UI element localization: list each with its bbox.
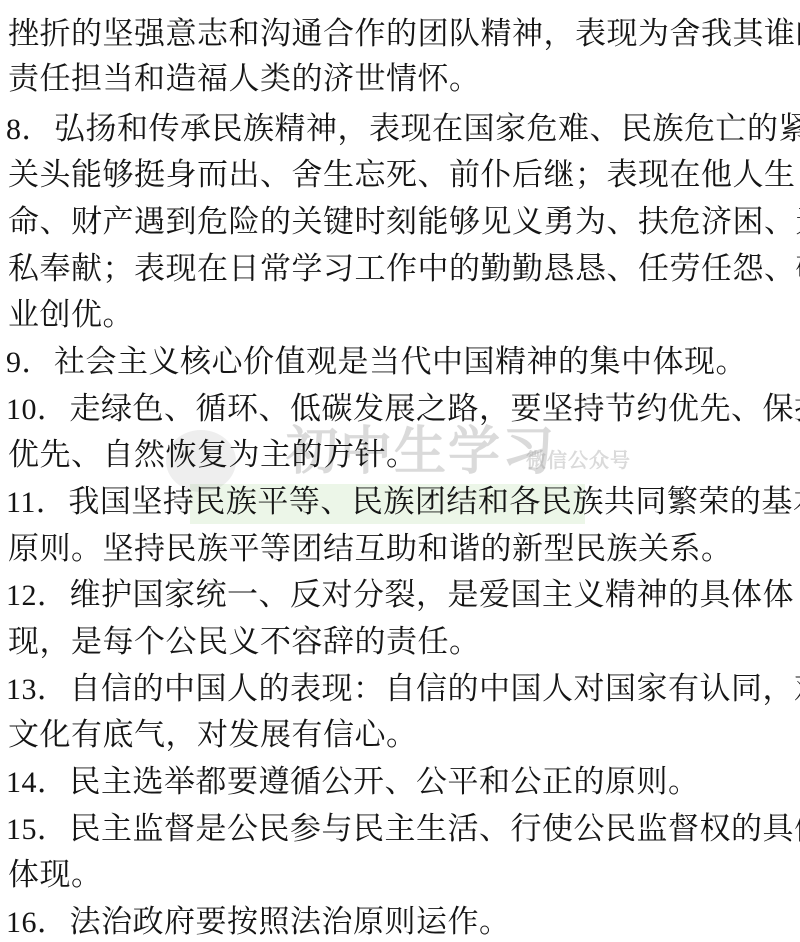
- item-number: 11．: [6, 486, 66, 519]
- line-text: 业创优。: [8, 297, 134, 333]
- item-number: 15．: [6, 813, 68, 846]
- item-number: 9．: [6, 346, 52, 379]
- line-text: 民主监督是公民参与民主生活、行使公民监督权的具体: [70, 811, 800, 847]
- text-line: 命、财产遇到危险的关键时刻能够见义勇为、扶危济困、无: [6, 200, 800, 244]
- text-line: 挫折的坚强意志和沟通合作的团队精神，表现为舍我其谁的: [6, 12, 800, 56]
- item-number: 16．: [6, 906, 68, 939]
- list-item-16: 16．法治政府要按照法治原则运作。: [6, 900, 511, 942]
- line-text: 命、财产遇到危险的关键时刻能够见义勇为、扶危济困、无: [8, 204, 800, 240]
- text-line: 优先、自然恢复为主的方针。: [6, 433, 418, 477]
- line-text: 私奉献；表现在日常学习工作中的勤勤恳恳、任劳任怨、敬: [8, 251, 800, 287]
- line-text: 民主选举都要遵循公开、公平和公正的原则。: [70, 764, 700, 800]
- line-text: 维护国家统一、反对分裂，是爱国主义精神的具体体: [70, 577, 795, 613]
- item-number: 10．: [6, 393, 68, 426]
- list-item-13: 13．自信的中国人的表现：自信的中国人对国家有认同，对: [6, 667, 800, 711]
- line-text: 自信的中国人的表现：自信的中国人对国家有认同，对: [70, 671, 800, 707]
- text-line: 体现。: [6, 853, 103, 897]
- text-line: 现，是每个公民义不容辞的责任。: [6, 620, 481, 664]
- line-text: 体现。: [8, 857, 103, 893]
- line-text: 弘扬和传承民族精神，表现在国家危难、民族危亡的紧要: [54, 111, 800, 147]
- text-line: 责任担当和造福人类的济世情怀。: [6, 57, 481, 101]
- line-text: 现，是每个公民义不容辞的责任。: [8, 624, 481, 660]
- text-line: 关头能够挺身而出、舍生忘死、前仆后继；表现在他人生: [6, 153, 796, 197]
- item-number: 14．: [6, 766, 68, 799]
- line-text: 法治政府要按照法治原则运作。: [70, 904, 511, 940]
- list-item-12: 12．维护国家统一、反对分裂，是爱国主义精神的具体体: [6, 573, 794, 617]
- line-text: 关头能够挺身而出、舍生忘死、前仆后继；表现在他人生: [8, 157, 796, 193]
- list-item-11: 11．我国坚持民族平等、民族团结和各民族共同繁荣的基本: [6, 480, 800, 524]
- item-number: 12．: [6, 579, 68, 612]
- line-text: 优先、自然恢复为主的方针。: [8, 437, 418, 473]
- line-text: 我国坚持民族平等、民族团结和各民族共同繁荣的基本: [68, 484, 800, 520]
- text-line: 文化有底气，对发展有信心。: [6, 713, 418, 757]
- list-item-10: 10．走绿色、循环、低碳发展之路，要坚持节约优先、保护: [6, 387, 800, 431]
- line-text: 社会主义核心价值观是当代中国精神的集中体现。: [54, 344, 747, 380]
- watermark-subtitle: 微信公众号: [526, 444, 631, 473]
- text-line: 原则。坚持民族平等团结互助和谐的新型民族关系。: [6, 527, 733, 571]
- list-item-14: 14．民主选举都要遵循公开、公平和公正的原则。: [6, 760, 700, 804]
- list-item-8: 8．弘扬和传承民族精神，表现在国家危难、民族危亡的紧要: [6, 107, 800, 151]
- line-text: 责任担当和造福人类的济世情怀。: [8, 61, 481, 97]
- line-text: 原则。坚持民族平等团结互助和谐的新型民族关系。: [8, 531, 733, 567]
- line-text: 文化有底气，对发展有信心。: [8, 717, 418, 753]
- line-text: 挫折的坚强意志和沟通合作的团队精神，表现为舍我其谁的: [8, 16, 800, 52]
- text-line: 私奉献；表现在日常学习工作中的勤勤恳恳、任劳任怨、敬: [6, 247, 800, 291]
- list-item-15: 15．民主监督是公民参与民主生活、行使公民监督权的具体: [6, 807, 800, 851]
- text-line: 业创优。: [6, 293, 134, 337]
- list-item-9: 9．社会主义核心价值观是当代中国精神的集中体现。: [6, 340, 747, 384]
- item-number: 8．: [6, 113, 52, 146]
- line-text: 走绿色、循环、低碳发展之路，要坚持节约优先、保护: [70, 391, 800, 427]
- item-number: 13．: [6, 673, 68, 706]
